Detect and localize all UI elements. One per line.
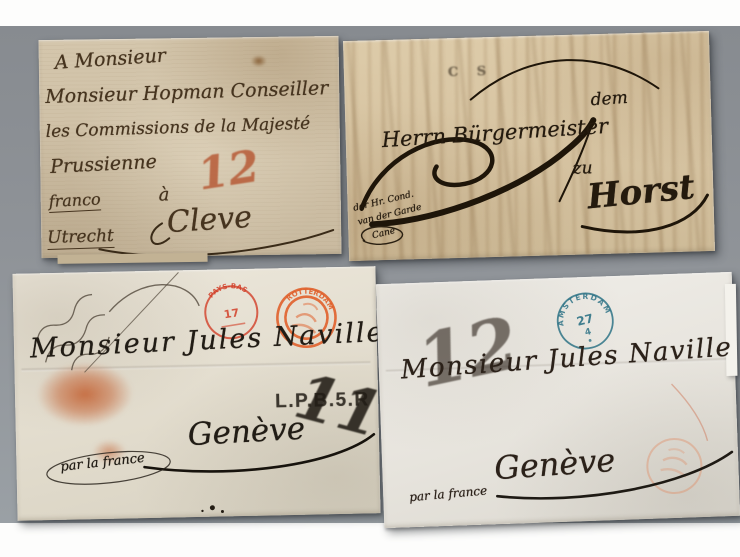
letter-bottom-right: AMSTERDAM 27 4 12 Monsieur Jules Naville… bbox=[376, 272, 740, 528]
origin-note: Utrecht bbox=[47, 228, 114, 250]
address-line: dem bbox=[590, 90, 628, 109]
photograph-of-four-letters: A Monsieur Monsieur Hopman Conseiller le… bbox=[0, 0, 740, 557]
address-line: zu bbox=[572, 160, 592, 178]
faint-entry-postmark bbox=[638, 430, 710, 502]
letter-top-left: A Monsieur Monsieur Hopman Conseiller le… bbox=[38, 36, 341, 258]
destination: Genève bbox=[187, 414, 306, 451]
address-line: A Monsieur bbox=[54, 47, 166, 73]
address-line: Prussienne bbox=[50, 153, 157, 177]
destination: Genève bbox=[493, 444, 616, 484]
franco-note: franco bbox=[48, 191, 101, 213]
svg-text:PAYS-BAS: PAYS-BAS bbox=[206, 279, 250, 300]
address-line: les Commissions de la Majesté bbox=[46, 116, 311, 141]
faint-red-stamp: C S bbox=[448, 65, 494, 79]
destination-prefix: à bbox=[159, 186, 170, 204]
routing-note: par la france bbox=[409, 484, 488, 503]
routing-note: par la france bbox=[60, 452, 146, 474]
address-line: Monsieur Hopman Conseiller bbox=[45, 79, 329, 107]
letter-bottom-left: PAYS-BAS 17 ROTTERDAM bbox=[12, 266, 380, 521]
letter-top-right: C S dem Herrn Bürgermeister zu Horst der… bbox=[343, 31, 715, 261]
svg-text:27: 27 bbox=[575, 311, 595, 329]
destination: Horst bbox=[586, 170, 696, 214]
rate-mark: 12 bbox=[195, 145, 262, 198]
ink-spot bbox=[251, 55, 267, 67]
wax-stain bbox=[36, 361, 133, 427]
svg-text:17: 17 bbox=[223, 306, 240, 321]
svg-text:4: 4 bbox=[584, 327, 592, 338]
destination: Cleve bbox=[166, 203, 253, 239]
